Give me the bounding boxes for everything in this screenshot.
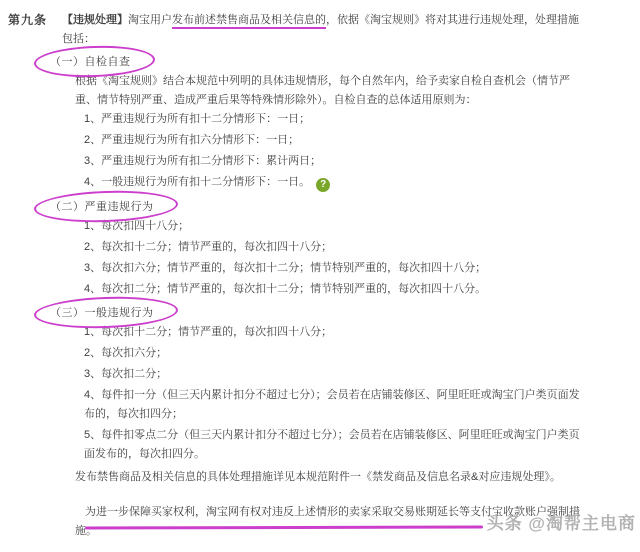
section-general-violations: （三）一般违规行为 1、每次扣十二分；情节严重的，每次扣四十八分； 2、每次扣六… [62,303,589,464]
list-item-text: 4、一般违规行为所有扣十二分情形下：一日。 [84,176,310,188]
list-item: 1、每次扣十二分；情节严重的，每次扣四十八分； [84,323,589,342]
underlined-phrase: 发布前述禁售商品及相关信息的 [172,14,326,29]
list-item: 3、每次扣六分；情节严重的，每次扣十二分；情节特别严重的，每次扣四十八分； [84,259,589,278]
list-item: 2、每次扣十二分；情节严重的，每次扣四十八分； [84,238,589,257]
section-serious-violations: （二）严重违规行为 1、每次扣四十八分； 2、每次扣十二分；情节严重的，每次扣四… [62,197,589,299]
attachment-note: 发布禁售商品及相关信息的具体处理措施详见本规范附件一《禁发商品及信息名录&对应违… [75,468,589,487]
intro-text-pre: 淘宝用户 [128,14,172,26]
section-self-check: （一）自检自查 根据《淘宝规则》结合本规范中列明的具体违规情形，每个自然年内，给… [62,52,589,192]
intro-paragraph: 【违规处理】淘宝用户发布前述禁售商品及相关信息的，依据《淘宝规则》将对其进行违规… [62,11,589,49]
list-item: 5、每件扣零点二分（但三天内累计扣分不超过七分）；会员若在店铺装修区、阿里旺旺或… [84,426,589,464]
list-item: 1、严重违规行为所有扣十二分情形下：一日； [84,110,589,129]
list: 1、严重违规行为所有扣十二分情形下：一日； 2、严重违规行为所有扣六分情形下：一… [84,110,589,192]
article-number: 第九条 [8,11,62,541]
list-item: 4、一般违规行为所有扣十二分情形下：一日。? [84,173,589,192]
document-page: 第九条 【违规处理】淘宝用户发布前述禁售商品及相关信息的，依据《淘宝规则》将对其… [0,0,640,552]
list-item: 2、严重违规行为所有扣六分情形下：一日； [84,131,589,150]
list: 1、每次扣十二分；情节严重的，每次扣四十八分； 2、每次扣六分； 3、每次扣二分… [84,323,589,464]
list-item: 1、每次扣四十八分； [84,217,589,236]
list: 1、每次扣四十八分； 2、每次扣十二分；情节严重的，每次扣四十八分； 3、每次扣… [84,217,589,299]
article-row: 第九条 【违规处理】淘宝用户发布前述禁售商品及相关信息的，依据《淘宝规则》将对其… [0,0,640,541]
section-paragraph: 根据《淘宝规则》结合本规范中列明的具体违规情形，每个自然年内，给予卖家自检自查机… [75,72,589,110]
watermark: 头条 @淘帮主电商 [487,514,636,533]
list-item: 3、严重违规行为所有扣二分情形下：累计两日； [84,152,589,171]
list-item: 3、每次扣二分； [84,365,589,384]
list-item: 4、每件扣一分（但三天内累计扣分不超过七分）；会员若在店铺装修区、阿里旺旺或淘宝… [84,386,589,424]
section-title: （二）严重违规行为 [50,197,589,217]
circle-annotation: （三）一般违规行为 [50,303,154,323]
list-item: 2、每次扣六分； [84,344,589,363]
help-icon[interactable]: ? [316,178,330,192]
circle-annotation: （二）严重违规行为 [50,197,154,217]
section-title: （三）一般违规行为 [50,303,589,323]
list-item: 4、每次扣二分；情节严重的，每次扣十二分；情节特别严重的，每次扣四十八分。 [84,280,589,299]
intro-label: 【违规处理】 [62,14,128,26]
circle-annotation: （一）自检自查 [50,52,131,72]
section-title: （一）自检自查 [50,52,589,72]
article-body: 【违规处理】淘宝用户发布前述禁售商品及相关信息的，依据《淘宝规则》将对其进行违规… [62,11,589,541]
